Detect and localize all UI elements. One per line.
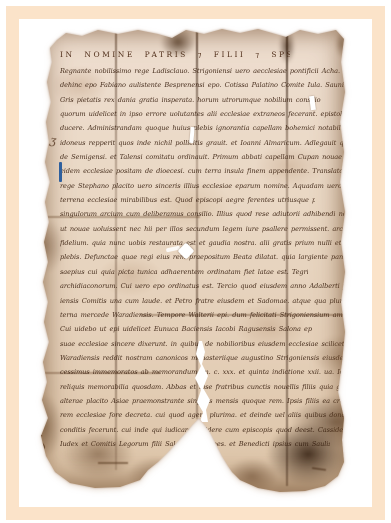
- faded-stroke: [312, 467, 326, 471]
- manuscript-text-line: ducere. Administrandam quoque huius pleb…: [60, 121, 344, 135]
- manuscript-text-line: terna mercede Waradiensis. Tempore Walte…: [60, 308, 344, 322]
- manuscript-text-line: plebis. Defunctae quae regi eius rem pra…: [60, 250, 344, 264]
- manuscript-text-line: iensis Comitis una cum laude. et Petro f…: [60, 294, 344, 308]
- manuscript-text-line: quorum uidelicet in ipso errore uolutant…: [60, 107, 344, 121]
- margin-flourish: ʒ: [49, 134, 57, 148]
- manuscript-text-line: saepius cui quia picta tunica adhaerente…: [60, 265, 308, 279]
- parchment: IN NOMINE PATRIS ⁊ FILII ⁊ SPS SCI AMEN …: [40, 26, 346, 493]
- faded-stroke: [98, 462, 128, 464]
- manuscript-text-line: terrena ecclesiae mirabilibus est. Quod …: [60, 193, 315, 207]
- manuscript-text-line: Cui uidebo ut epi uidelicet Eunuca Bacie…: [60, 322, 312, 336]
- blue-ink-mark: [59, 162, 62, 182]
- manuscript-text-line: archidiaconorum. Cui uero epo ordinatus …: [60, 279, 344, 293]
- manuscript-text-line: de Semigensi. et Talensi comitatu ordina…: [60, 150, 344, 164]
- manuscript-text-line: conditis fecerunt. cui inde qui iudicare…: [60, 423, 344, 437]
- manuscript-text-line: fidelium. quia nunc uobis restaurata est…: [60, 236, 344, 250]
- manuscript-text-line: singulorum arcium cum deliberamus consil…: [60, 207, 344, 221]
- manuscript-text-line: eidem ecclesiae positam de dioecesi. cum…: [60, 164, 344, 178]
- manuscript-text-line: ut nouae uoluissent nec hii per illos se…: [60, 222, 344, 236]
- manuscript-text-line: rege Stephano placito uero sinceris illi…: [60, 179, 344, 193]
- manuscript-heading: IN NOMINE PATRIS ⁊ FILII ⁊ SPS SCI AMEN: [60, 50, 290, 59]
- manuscript-text-line: idoneus repperit quos inde nichil pollic…: [60, 136, 344, 150]
- manuscript-text-line: Iudex et Comitis Legorum filii Salomonis…: [60, 437, 330, 451]
- manuscript-text-line: Regnante nobilissimo rege Ladisclauo. St…: [60, 64, 344, 78]
- manuscript-photo: IN NOMINE PATRIS ⁊ FILII ⁊ SPS SCI AMEN …: [40, 26, 346, 493]
- manuscript-text-line: Gris pietatis rex dania gratia insperata…: [60, 93, 322, 107]
- manuscript-text-line: dehinc epo Fabiano aulistente Besprenens…: [60, 78, 344, 92]
